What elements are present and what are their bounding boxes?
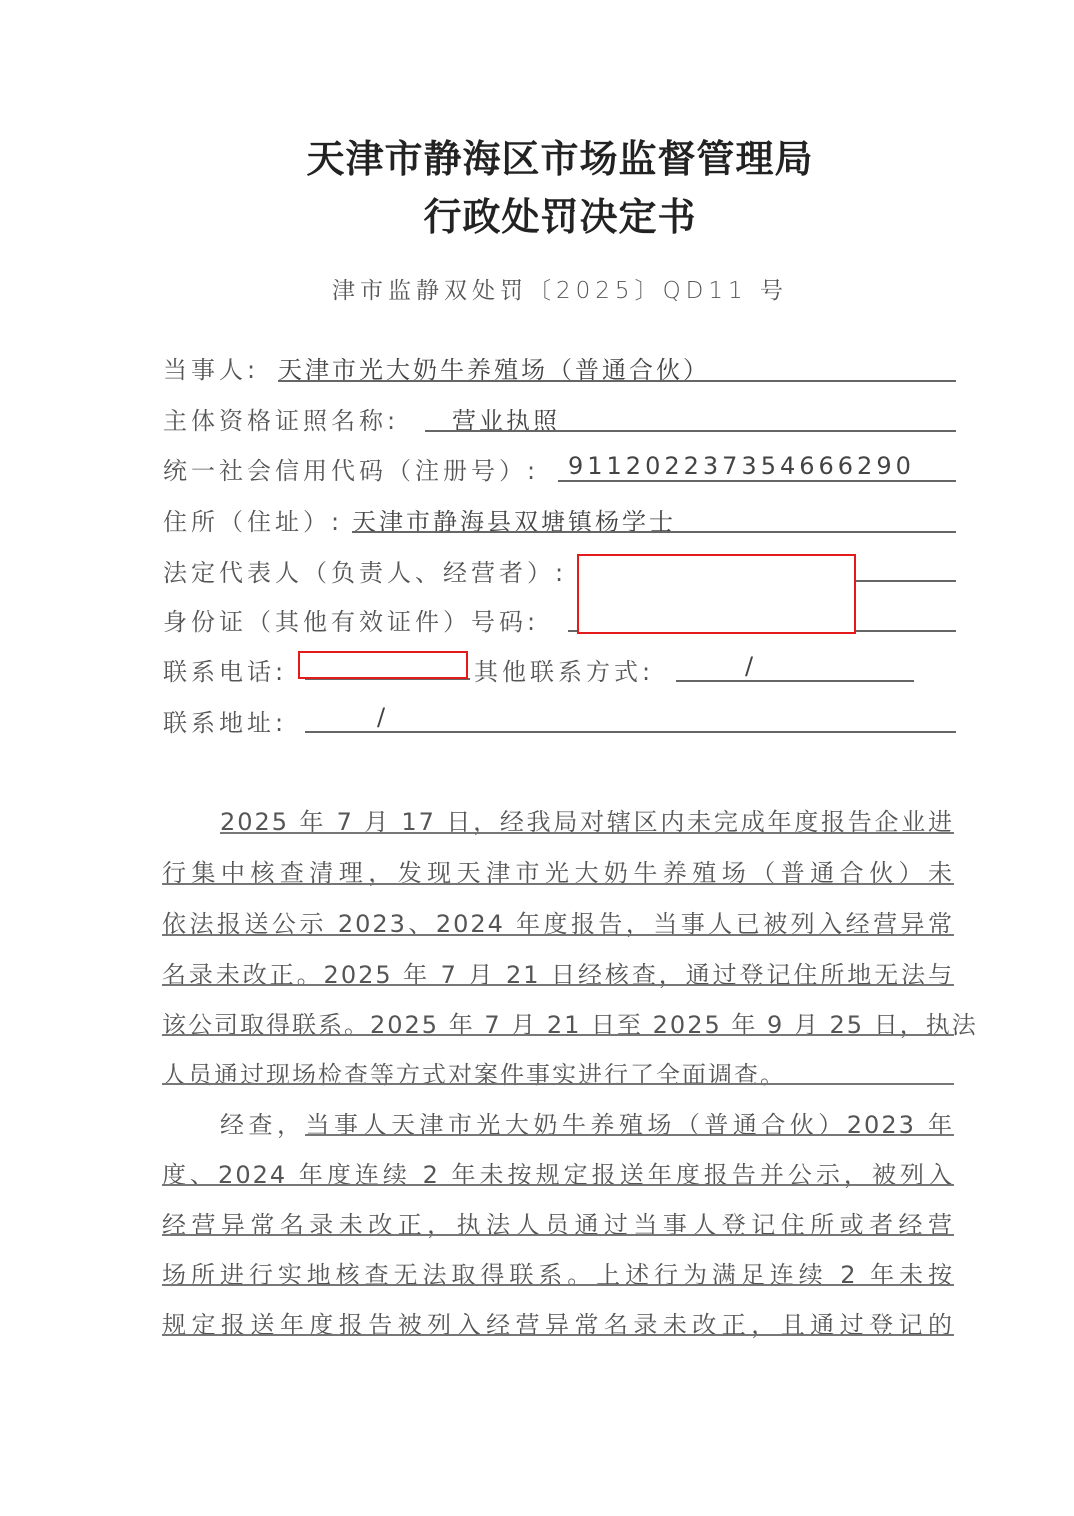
redaction-box-phone [298,651,468,679]
underline [162,1083,954,1085]
contact-address-underline [305,731,956,733]
underline [162,883,954,885]
underline [162,1034,954,1036]
other-contact-underline [676,680,914,682]
party-label: 当事人: [163,350,259,385]
contact-address-label: 联系地址: [163,703,287,738]
credit-code-underline [558,480,956,482]
document-type-title: 行政处罚决定书 [0,186,1074,241]
underline [305,1134,954,1136]
credit-code-value: 911202237354666290 [568,452,915,480]
underline [162,984,954,986]
other-contact-label: 其他联系方式: [474,652,654,687]
agency-title: 天津市静海区市场监督管理局 [0,128,1074,183]
underline [220,832,954,834]
credit-code-label: 统一社会信用代码（注册号）: [163,451,539,486]
legal-rep-underline [852,580,956,582]
party-underline [278,380,956,382]
address-underline [352,531,956,533]
underline [162,1334,954,1336]
other-contact-value: / [745,652,756,680]
underline [162,1184,954,1186]
license-name-underline [425,430,956,432]
document-page: 天津市静海区市场监督管理局 行政处罚决定书 津市监静双处罚〔2025〕QD11 … [0,0,1074,1516]
redaction-box-legal-rep-id [577,554,856,634]
phone-label: 联系电话: [163,652,287,687]
address-label: 住所（住址）: [163,502,343,537]
underline [162,934,954,936]
underline [162,1234,954,1236]
underline [162,1284,954,1286]
license-name-label: 主体资格证照名称: [163,401,399,436]
legal-rep-label: 法定代表人（负责人、经营者）: [163,553,567,588]
contact-address-value: / [377,703,388,731]
id-number-label: 身份证（其他有效证件）号码: [163,602,539,637]
document-number: 津市监静双处罚〔2025〕QD11 号 [0,272,1074,305]
